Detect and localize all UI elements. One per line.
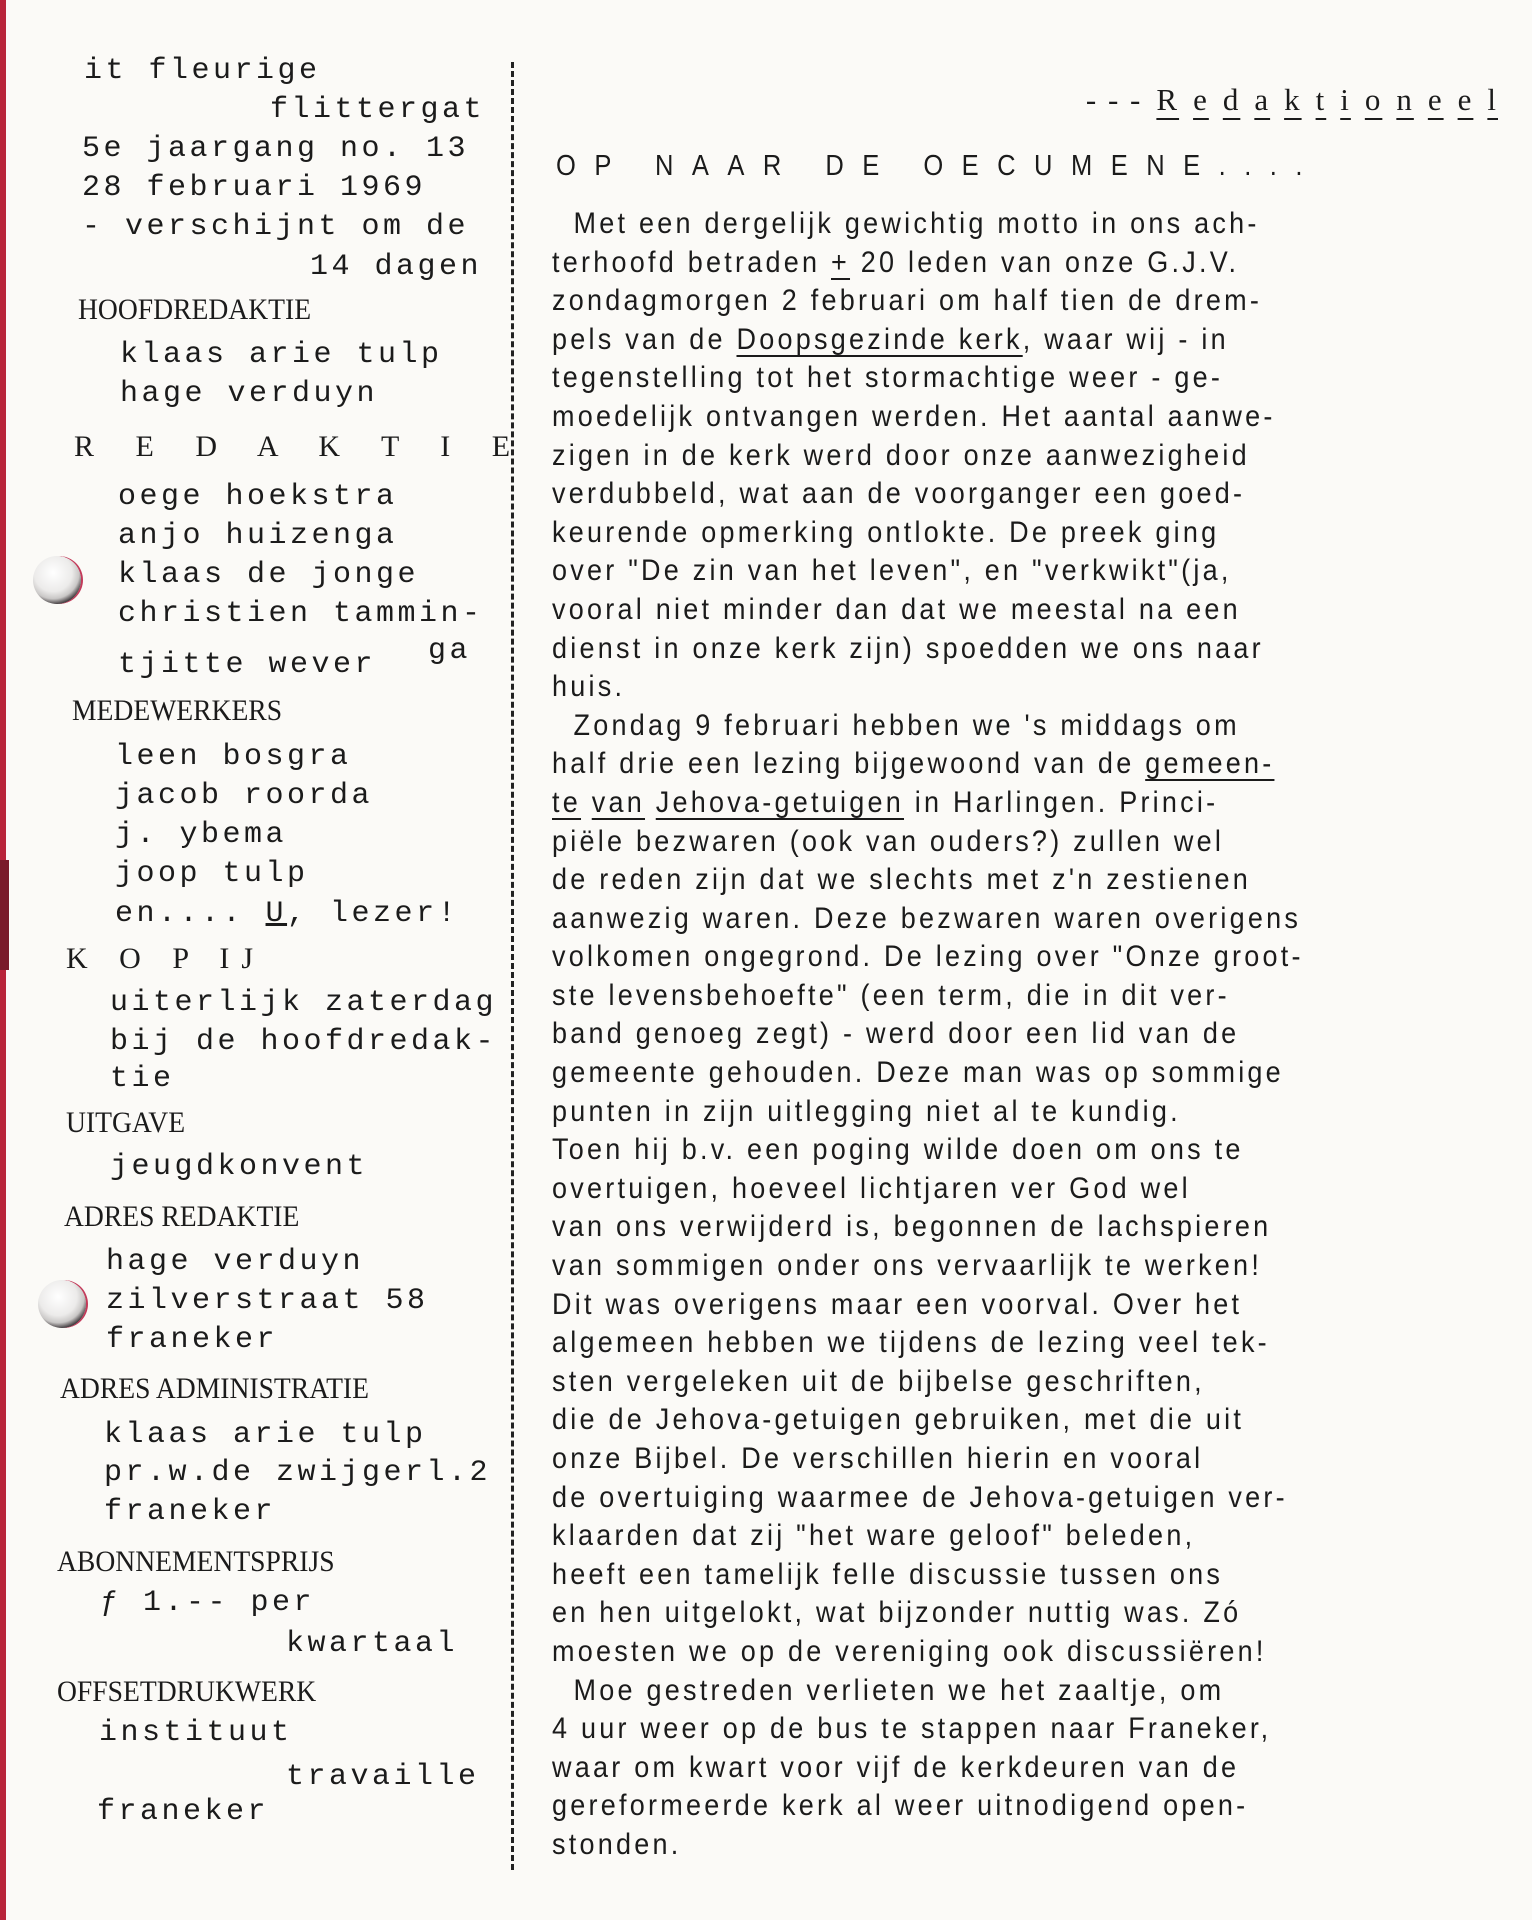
section-label-letter: o xyxy=(1365,82,1383,117)
colophon-line: franeker xyxy=(106,1323,278,1357)
colophon-line: hage verduyn xyxy=(106,1245,364,1279)
colophon-line: j. ybema xyxy=(115,818,287,852)
masthead-frequency-line2: 14 dagen xyxy=(310,250,482,284)
article-line: te van Jehova-getuigen in Harlingen. Pri… xyxy=(552,784,1434,823)
colophon-line: pr.w.de zwijgerl.2 xyxy=(104,1456,491,1490)
article-line: gereformeerde kerk al weer uitnodigend o… xyxy=(552,1787,1434,1826)
colophon-line: christien tammin- xyxy=(118,597,484,631)
colophon-line: uiterlijk zaterdag xyxy=(110,986,497,1020)
article-line: Toen hij b.v. een poging wilde doen om o… xyxy=(552,1131,1434,1170)
article-line: heeft een tamelijk felle discussie tusse… xyxy=(552,1556,1434,1595)
colophon-line: travaille xyxy=(286,1760,480,1794)
underlined-phrase: te xyxy=(552,786,581,819)
heading-hoofdredaktie: HOOFDREDAKTIE xyxy=(78,293,311,327)
masthead-title-line2: flittergat xyxy=(270,93,485,127)
masthead-date: 28 februari 1969 xyxy=(82,171,426,205)
underlined-phrase: + xyxy=(831,246,850,279)
colophon-closing: en.... U, lezer! xyxy=(115,897,459,931)
heading-kopij: K O P IJ xyxy=(66,942,265,976)
colophon-line: kwartaal xyxy=(286,1627,458,1661)
masthead-issue: 5e jaargang no. 13 xyxy=(82,132,469,166)
heading-adres-administratie: ADRES ADMINISTRATIE xyxy=(60,1372,369,1406)
section-dashes: - - - xyxy=(1086,82,1142,117)
heading-medewerkers: MEDEWERKERS xyxy=(72,694,282,728)
article-line: terhoofd betraden + 20 leden van onze G.… xyxy=(552,244,1434,283)
article-line: stonden. xyxy=(552,1826,1434,1865)
colophon-line: tjitte wever xyxy=(118,648,376,682)
colophon-line: klaas de jonge xyxy=(118,558,419,592)
article-line: klaarden dat zij "het ware geloof" beled… xyxy=(552,1517,1434,1556)
article-line: van sommigen onder ons vervaarlijk te we… xyxy=(552,1247,1434,1286)
colophon-line: hage verduyn xyxy=(120,377,378,411)
article-body: Met een dergelijk gewichtig motto in ons… xyxy=(552,205,1532,1865)
article-line: zondagmorgen 2 februari om half tien de … xyxy=(552,282,1434,321)
article-line: de reden zijn dat we slechts met z'n zes… xyxy=(552,861,1434,900)
article-line: half drie een lezing bijgewoond van de g… xyxy=(552,745,1434,784)
article-line: ste levensbehoefte" (een term, die in di… xyxy=(552,977,1434,1016)
colophon-line: bij de hoofdredak- xyxy=(110,1025,497,1059)
article-line: huis. xyxy=(552,668,1434,707)
section-label-letter: i xyxy=(1340,82,1351,117)
colophon-column: it fleurige flittergat 5e jaargang no. 1… xyxy=(0,0,505,1920)
article-line: overtuigen, hoeveel lichtjaren ver God w… xyxy=(552,1170,1434,1209)
underlined-phrase: Doopsgezinde kerk xyxy=(736,323,1022,356)
colophon-line: tie xyxy=(110,1062,175,1096)
colophon-line: jacob roorda xyxy=(115,779,373,813)
article-line: verdubbeld, wat aan de voorganger een go… xyxy=(552,475,1434,514)
underlined-phrase: gemeen- xyxy=(1145,747,1274,780)
article-line: moesten we op de vereniging ook discussi… xyxy=(552,1633,1434,1672)
section-label-letter: e xyxy=(1428,82,1444,117)
article-line: gemeente gehouden. Deze man was op sommi… xyxy=(552,1054,1434,1093)
section-label-letter: e xyxy=(1193,82,1209,117)
section-label-letter: k xyxy=(1284,82,1302,117)
colophon-line: klaas arie tulp xyxy=(120,338,443,372)
colophon-line: klaas arie tulp xyxy=(104,1418,427,1452)
masthead-frequency-line1: - verschijnt om de xyxy=(82,210,469,244)
section-label-letter: n xyxy=(1396,82,1414,117)
article-line: de overtuiging waarmee de Jehova-getuige… xyxy=(552,1479,1434,1518)
heading-uitgave: UITGAVE xyxy=(66,1106,185,1140)
colophon-line: joop tulp xyxy=(115,857,309,891)
article-line: keurende opmerking ontlokte. De preek gi… xyxy=(552,514,1434,553)
heading-redaktie: R E D A K T I E xyxy=(74,430,527,464)
colophon-line: zilverstraat 58 xyxy=(106,1284,429,1318)
article-line: algemeen hebben we tijdens de lezing vee… xyxy=(552,1324,1434,1363)
heading-abonnementsprijs: ABONNEMENTSPRIJS xyxy=(57,1545,335,1579)
article-line: 4 uur weer op de bus te stappen naar Fra… xyxy=(552,1710,1434,1749)
colophon-line: leen bosgra xyxy=(115,740,352,774)
article-line: die de Jehova-getuigen gebruiken, met di… xyxy=(552,1401,1434,1440)
article-line: punten in zijn uitlegging niet al te kun… xyxy=(552,1093,1434,1132)
article-line: Met een dergelijk gewichtig motto in ons… xyxy=(552,205,1434,244)
article-line: Zondag 9 februari hebben we 's middags o… xyxy=(552,707,1434,746)
section-label-letter: e xyxy=(1458,82,1474,117)
article-line: sten vergeleken uit de bijbelse geschrif… xyxy=(552,1363,1434,1402)
article-line: pels van de Doopsgezinde kerk, waar wij … xyxy=(552,321,1434,360)
colophon-line: oege hoekstra xyxy=(118,480,398,514)
section-label: - - -Redaktioneel xyxy=(1086,82,1512,118)
section-label-letter: a xyxy=(1254,82,1270,117)
colophon-line: anjo huizenga xyxy=(118,519,398,553)
article-line: van ons verwijderd is, begonnen de lachs… xyxy=(552,1208,1434,1247)
article-line: band genoeg zegt) - werd door een lid va… xyxy=(552,1015,1434,1054)
underlined-phrase: van xyxy=(592,786,645,819)
column-divider xyxy=(511,62,514,1870)
colophon-line: ƒ 1.-- per xyxy=(100,1586,315,1620)
section-label-letter: t xyxy=(1316,82,1327,117)
article-line: dienst in onze kerk zijn) spoedden we on… xyxy=(552,630,1434,669)
heading-adres-redaktie: ADRES REDAKTIE xyxy=(64,1200,299,1234)
article-line: tegenstelling tot het stormachtige weer … xyxy=(552,359,1434,398)
colophon-line: franeker xyxy=(97,1795,269,1829)
masthead-title-line1: it fleurige xyxy=(84,54,321,88)
article-line: piële bezwaren (ook van ouders?) zullen … xyxy=(552,823,1434,862)
article-line: waar om kwart voor vijf de kerkdeuren va… xyxy=(552,1749,1434,1788)
article-line: moedelijk ontvangen werden. Het aantal a… xyxy=(552,398,1434,437)
article-line: volkomen ongegrond. De lezing over "Onze… xyxy=(552,938,1434,977)
article-line: vooral niet minder dan dat we meestal na… xyxy=(552,591,1434,630)
article-title: OP NAAR DE OECUMENE.... xyxy=(556,150,1321,183)
hyphen-tail: ga xyxy=(428,634,471,668)
colophon-line: jeugdkonvent xyxy=(110,1150,368,1184)
article-line: Dit was overigens maar een voorval. Over… xyxy=(552,1286,1434,1325)
article-line: Moe gestreden verlieten we het zaaltje, … xyxy=(552,1672,1434,1711)
article-line: zigen in de kerk werd door onze aanwezig… xyxy=(552,437,1434,476)
section-label-letters: Redaktioneel xyxy=(1156,82,1512,117)
underlined-phrase: Jehova-getuigen xyxy=(656,786,904,819)
article-line: en hen uitgelokt, wat bijzonder nuttig w… xyxy=(552,1594,1434,1633)
section-label-letter: R xyxy=(1156,82,1179,117)
colophon-line: instituut xyxy=(99,1716,293,1750)
heading-offsetdrukwerk: OFFSETDRUKWERK xyxy=(57,1675,316,1709)
article-line: onze Bijbel. De verschillen hierin en vo… xyxy=(552,1440,1434,1479)
colophon-line: franeker xyxy=(104,1495,276,1529)
section-label-letter: d xyxy=(1223,82,1241,117)
article-line: aanwezig waren. Deze bezwaren waren over… xyxy=(552,900,1434,939)
article-line: over "De zin van het leven", en "verkwik… xyxy=(552,552,1434,591)
section-label-letter: l xyxy=(1487,82,1498,117)
